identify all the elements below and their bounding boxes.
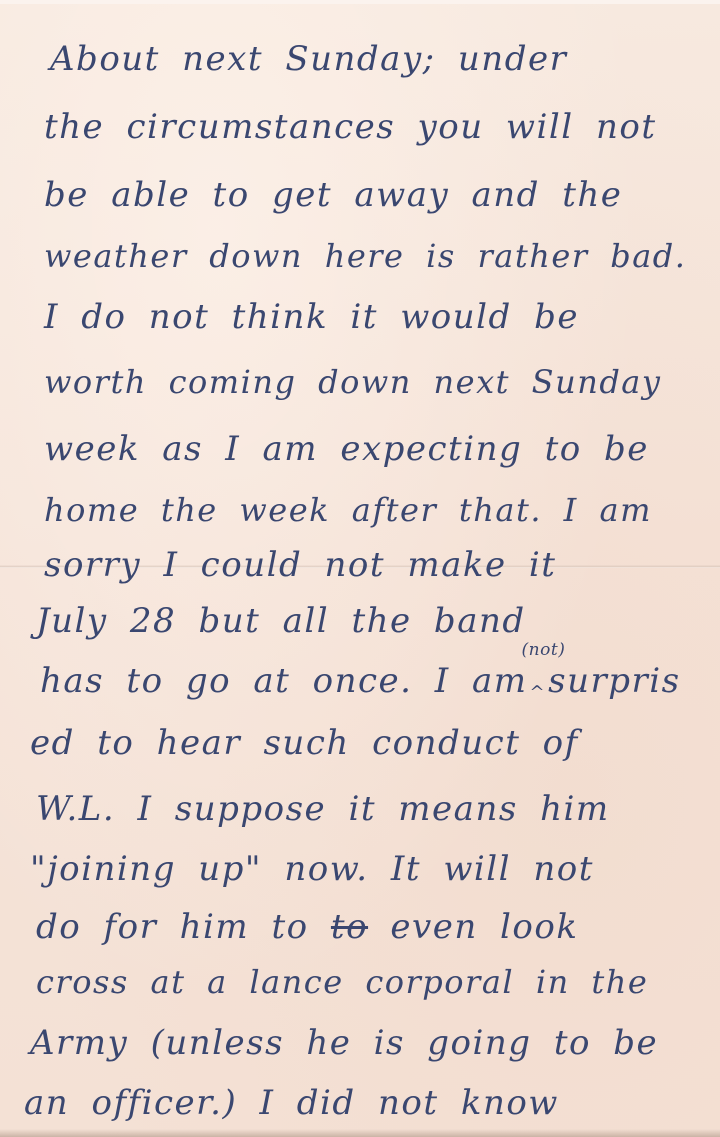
paper-bottom-edge [0, 1129, 720, 1137]
handwritten-line-6: worth coming down next Sunday [44, 366, 661, 398]
handwritten-line-18: an officer.) I did not know [24, 1086, 559, 1120]
handwritten-line-10: July 28 but all the band [36, 604, 526, 638]
inserted-word-not: (not) [522, 642, 566, 659]
line-15-text-after: even look [390, 907, 578, 947]
handwritten-line-2: the circumstances you will not [44, 110, 656, 144]
insertion-mark: (not)^ [528, 664, 549, 702]
handwritten-line-9: sorry I could not make it [44, 548, 556, 582]
handwritten-line-16: cross at a lance corporal in the [36, 966, 648, 998]
struck-word: to [331, 907, 368, 947]
handwritten-line-8: home the week after that. I am [44, 494, 652, 526]
handwritten-line-13: W.L. I suppose it means him [36, 792, 610, 826]
handwritten-line-11: has to go at once. I am(not)^surpris [40, 664, 681, 702]
handwritten-line-1: About next Sunday; under [50, 42, 567, 76]
handwritten-line-4: weather down here is rather bad. [44, 240, 686, 272]
paper-top-edge [0, 0, 720, 4]
handwritten-line-12: ed to hear such conduct of [30, 726, 579, 760]
handwritten-line-7: week as I am expecting to be [44, 432, 649, 466]
handwritten-line-5: I do not think it would be [44, 300, 579, 334]
line-15-text-before: do for him to [36, 907, 309, 947]
line-11-text-before: has to go at once. I am [40, 661, 528, 701]
handwritten-line-14: "joining up" now. It will not [30, 852, 594, 886]
letter-page: About next Sunday; under the circumstanc… [0, 0, 720, 1137]
handwritten-line-15: do for him to to even look [36, 910, 578, 944]
caret-mark: ^ [530, 684, 547, 702]
handwritten-line-3: be able to get away and the [44, 178, 622, 212]
handwritten-line-17: Army (unless he is going to be [30, 1026, 658, 1060]
line-11-text-after: surpris [548, 661, 680, 701]
